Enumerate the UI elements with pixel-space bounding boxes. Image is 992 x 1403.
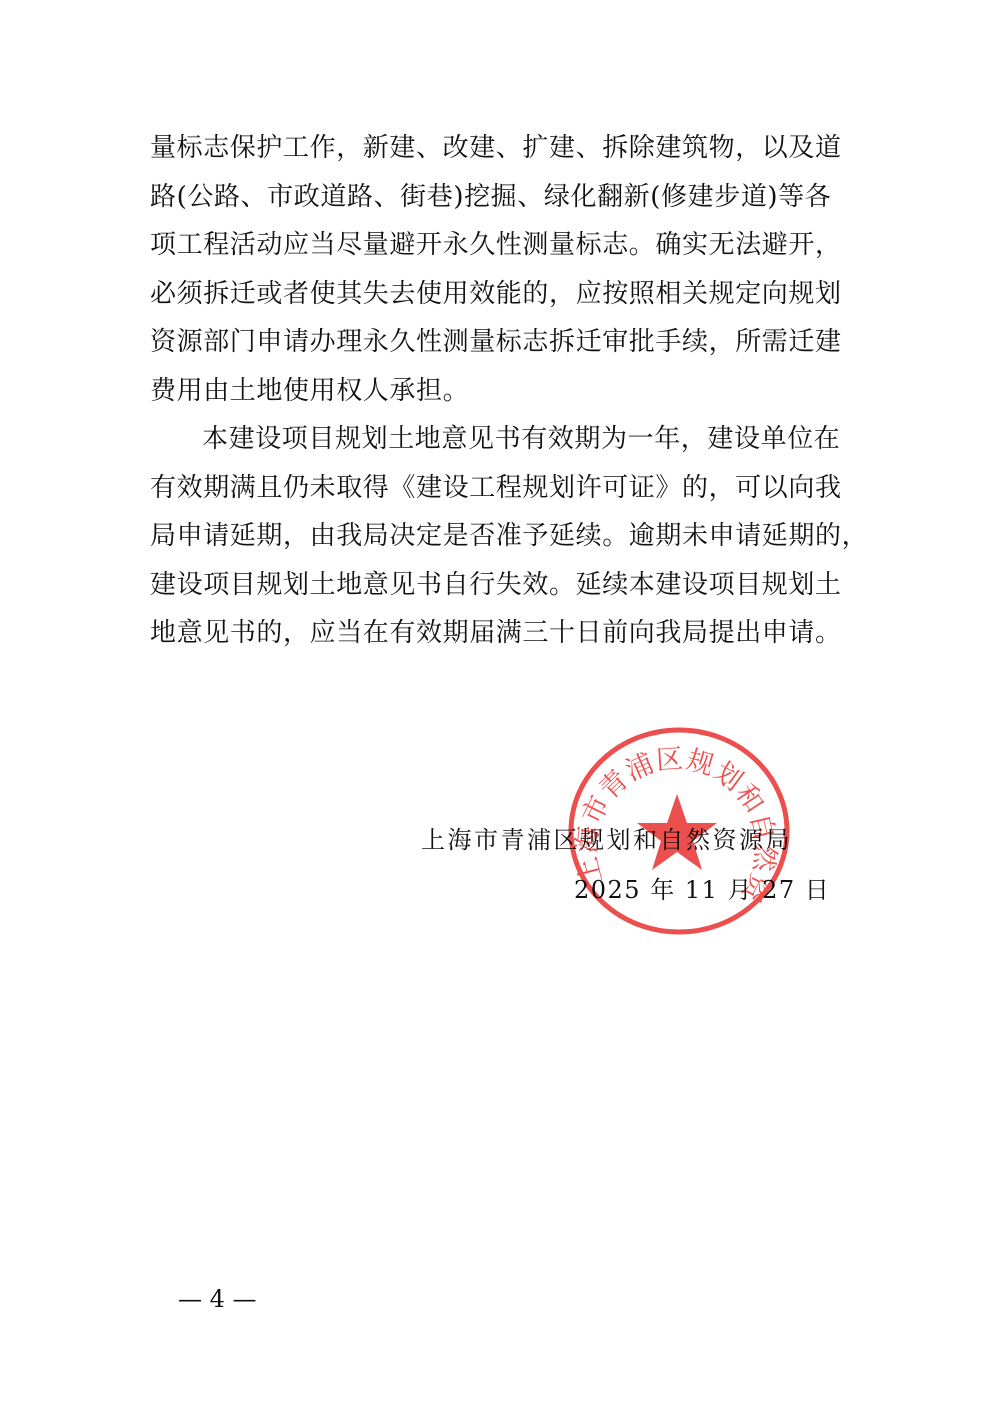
signature-organization: 上海市青浦区规划和自然资源局 [421, 820, 792, 855]
paragraph-1-line: 资源部门申请办理永久性测量标志拆迁审批手续，所需迁建 [150, 318, 850, 367]
paragraph-1-line: 量标志保护工作，新建、改建、扩建、拆除建筑物，以及道 [150, 124, 850, 173]
body-text: 量标志保护工作，新建、改建、扩建、拆除建筑物，以及道 路(公路、市政道路、街巷)… [150, 124, 850, 658]
paragraph-2-line: 地意见书的，应当在有效期届满三十日前向我局提出申请。 [150, 609, 850, 658]
paragraph-1-line: 项工程活动应当尽量避开永久性测量标志。确实无法避开， [150, 221, 850, 270]
paragraph-2-line: 局申请延期，由我局决定是否准予延续。逾期未申请延期的， [150, 512, 850, 561]
paragraph-2-line: 本建设项目规划土地意见书有效期为一年，建设单位在 [150, 415, 850, 464]
paragraph-2-line: 有效期满且仍未取得《建设工程规划许可证》的，可以向我 [150, 464, 850, 513]
paragraph-1-line: 费用由土地使用权人承担。 [150, 367, 850, 416]
page-number: — 4 — [178, 1285, 257, 1313]
paragraph-2-line: 建设项目规划土地意见书自行失效。延续本建设项目规划土 [150, 561, 850, 610]
document-page: 量标志保护工作，新建、改建、扩建、拆除建筑物，以及道 路(公路、市政道路、街巷)… [0, 0, 992, 1403]
signature-date: 2025 年 11 月 27 日 [574, 870, 830, 905]
paragraph-1-line: 必须拆迁或者使其失去使用效能的，应按照相关规定向规划 [150, 270, 850, 319]
paragraph-1-line: 路(公路、市政道路、街巷)挖掘、绿化翻新(修建步道)等各 [150, 173, 850, 222]
